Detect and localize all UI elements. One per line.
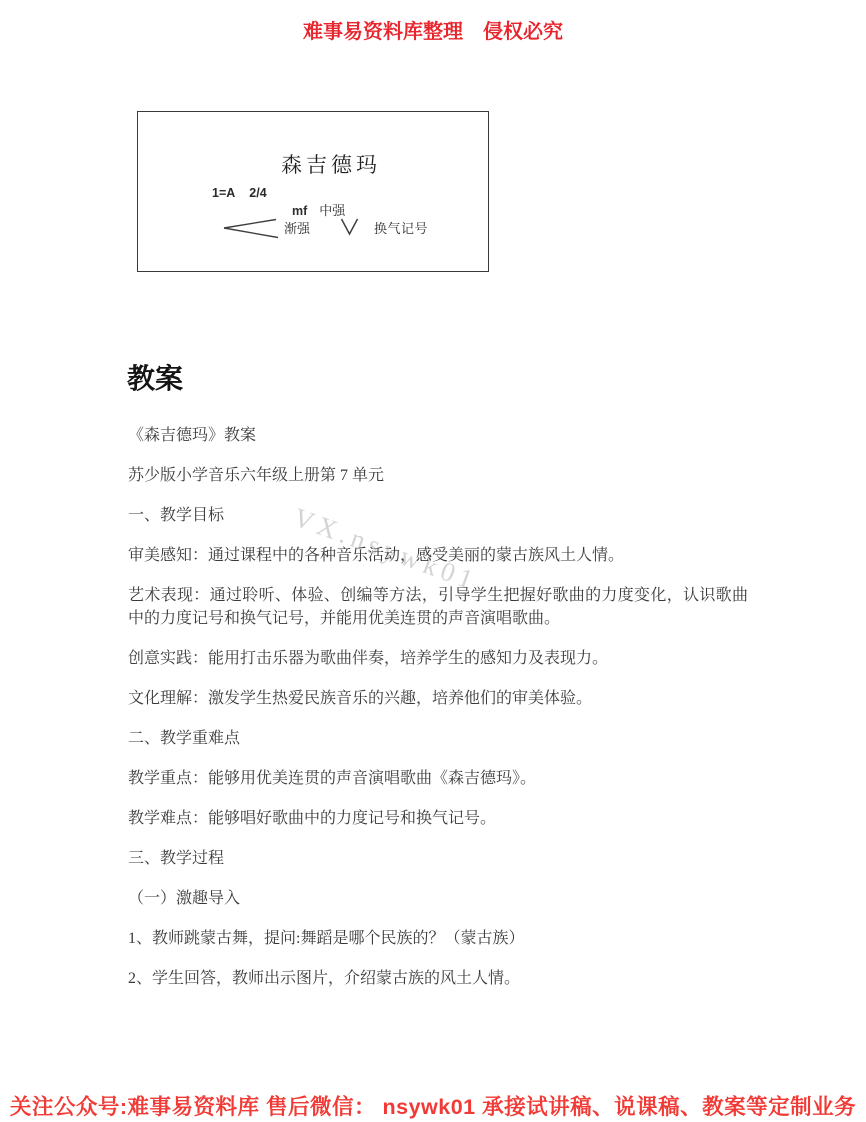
dynamic-label: 中强 [319, 203, 345, 218]
paragraph-artistic-expression: 艺术表现：通过聆听、体验、创编等方法，引导学生把握好歌曲的力度变化，认识歌曲中的… [128, 584, 748, 630]
mezzo-forte-mark: mf [292, 204, 307, 218]
paragraph-teaching-difficulty: 教学难点：能够唱好歌曲中的力度记号和换气记号。 [128, 807, 748, 830]
paragraph-aesthetic-perception: 审美感知：通过课程中的各种音乐活动，感受美丽的蒙古族风土人情。 [128, 544, 748, 567]
lesson-plan-body: 《森吉德玛》教案 苏少版小学音乐六年级上册第 7 单元 一、教学目标 审美感知：… [128, 424, 748, 1007]
breath-mark-label: 换气记号 [374, 218, 428, 237]
paragraph-textbook-unit: 苏少版小学音乐六年级上册第 7 单元 [128, 464, 748, 487]
paragraph-creative-practice: 创意实践：能用打击乐器为歌曲伴奏，培养学生的感知力及表现力。 [128, 647, 748, 670]
paragraph-cultural-understanding: 文化理解：激发学生热爱民族音乐的兴趣，培养他们的审美体验。 [128, 687, 748, 710]
breath-mark-icon [340, 218, 359, 236]
music-info-box: 森吉德玛 1=A2/4 mf中强 渐强 换气记号 [137, 111, 489, 272]
paragraph-section-objectives: 一、教学目标 [128, 504, 748, 527]
paragraph-section-process: 三、教学过程 [128, 847, 748, 870]
page-title: 教案 [127, 357, 183, 397]
time-signature: 2/4 [249, 186, 266, 200]
paragraph-lesson-title: 《森吉德玛》教案 [128, 424, 748, 447]
paragraph-intro-step: （一）激趣导入 [128, 887, 748, 910]
key-signature: 1=A [212, 186, 235, 200]
song-title: 森吉德玛 [281, 149, 381, 179]
crescendo-hairpin-icon [222, 216, 280, 241]
paragraph-teaching-focus: 教学重点：能够用优美连贯的声音演唱歌曲《森吉德玛》。 [128, 767, 748, 790]
paragraph-step-1: 1、教师跳蒙古舞，提问:舞蹈是哪个民族的？（蒙古族） [128, 927, 748, 950]
header-copyright-notice: 难事易资料库整理 侵权必究 [0, 15, 866, 44]
paragraph-step-2: 2、学生回答，教师出示图片，介绍蒙古族的风土人情。 [128, 967, 748, 990]
paragraph-section-key-points: 二、教学重难点 [128, 727, 748, 750]
key-time-signature: 1=A2/4 [212, 186, 267, 200]
document-page: 难事易资料库整理 侵权必究 森吉德玛 1=A2/4 mf中强 渐强 换气记号 V… [0, 0, 866, 1122]
footer-promo-notice: 关注公众号:难事易资料库 售后微信： nsywk01 承接试讲稿、说课稿、教案等… [0, 1090, 866, 1121]
crescendo-label: 渐强 [284, 218, 310, 237]
dynamic-row: mf中强 [292, 200, 345, 219]
